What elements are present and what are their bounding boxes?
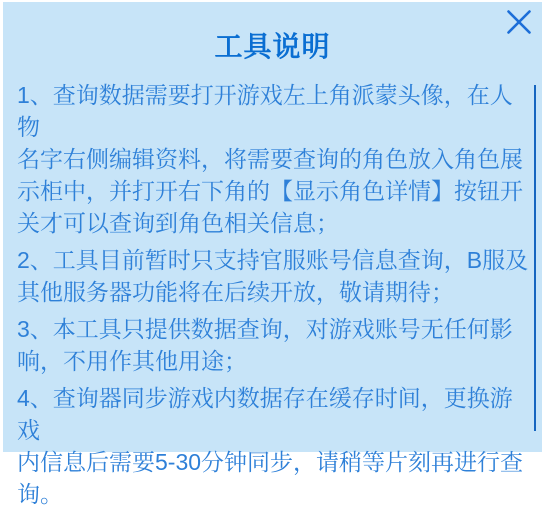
close-icon bbox=[506, 23, 532, 38]
scrollbar-thumb[interactable] bbox=[534, 85, 536, 431]
instruction-paragraph-3: 3、本工具只提供数据查询，对游戏账号无任何影 响，不用作其他用途； bbox=[17, 313, 533, 377]
instruction-paragraph-4: 4、查询器同步游戏内数据存在缓存时间，更换游戏 内信息后需要5-30分钟同步，请… bbox=[17, 382, 533, 452]
modal-title: 工具说明 bbox=[3, 2, 542, 65]
instruction-paragraph-1: 1、查询数据需要打开游戏左上角派蒙头像，在人物 名字右侧编辑资料，将需要查询的角… bbox=[17, 79, 533, 239]
close-button[interactable] bbox=[503, 6, 535, 38]
instructions-list: 1、查询数据需要打开游戏左上角派蒙头像，在人物 名字右侧编辑资料，将需要查询的角… bbox=[17, 79, 533, 452]
tool-instructions-modal: 工具说明 1、查询数据需要打开游戏左上角派蒙头像，在人物 名字右侧编辑资料，将需… bbox=[3, 2, 542, 452]
instruction-paragraph-2: 2、工具目前暂时只支持官服账号信息查询，B服及 其他服务器功能将在后续开放，敬请… bbox=[17, 244, 533, 308]
